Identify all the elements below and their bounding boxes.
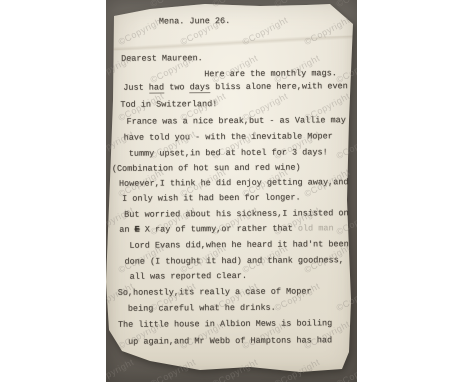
photo-background: Mena. June 26.Dearest Maureen.Here are t… xyxy=(106,0,357,382)
letter-line: being careful what he drinks. xyxy=(128,303,276,315)
letter-text-segment: two xyxy=(164,82,190,92)
letter-line: Lord Evans did,when he heard it had'nt b… xyxy=(129,239,348,252)
letter-text-segment: (Combination of hot sun and red wine) xyxy=(112,163,301,174)
letter-line: So,honestly,its really a case of Moper xyxy=(118,286,312,298)
letter-text-segment: So,honestly,its really a case of Moper xyxy=(118,286,312,297)
letter-text-segment: I only wish it had been for longer. xyxy=(122,193,301,204)
letter-body: Mena. June 26.Dearest Maureen.Here are t… xyxy=(106,0,357,382)
letter-line: Tod in Switzerland! xyxy=(120,99,217,111)
letter-text-segment: Dearest Maureen. xyxy=(121,53,203,64)
letter-line: Just had two days bliss alone here,with … xyxy=(123,81,348,94)
letter-text-segment: done (I thought it had) and thank goodne… xyxy=(124,255,343,267)
letter-text-segment: old man xyxy=(298,223,334,233)
letter-line: up again,and Mr Webb of Hamptons has had xyxy=(128,335,332,347)
letter-text-segment: being careful what he drinks. xyxy=(128,303,276,314)
auction-photo-scan: Mena. June 26.Dearest Maureen.Here are t… xyxy=(0,0,468,382)
dateline: Mena. June 26. xyxy=(159,16,230,27)
letter-text-segment: all was reported clear. xyxy=(130,271,247,282)
letter-text-segment: Mena. June 26. xyxy=(159,16,230,26)
letter-text-segment: days xyxy=(190,82,210,93)
letter-text-segment: France was a nice break,but - as Vallie … xyxy=(126,115,345,127)
letter-text-segment: Just xyxy=(123,83,149,93)
letter-text-segment: The little house in Albion Mews is boili… xyxy=(118,318,332,329)
letter-text-segment: But worried about his sickness,I insiste… xyxy=(124,208,349,220)
letter-text-segment: had xyxy=(149,82,164,93)
letter-line: Here are the monthly mags. xyxy=(204,68,337,80)
letter-text-segment: tummy upset,in bed at hotel for 3 days! xyxy=(129,147,328,158)
letter-text-segment: X ray of tummy,or rather that xyxy=(140,224,298,235)
letter-text-segment: have told you - with the inevitable Mope… xyxy=(124,131,333,142)
letter-line: But worried about his sickness,I insiste… xyxy=(124,208,349,221)
letter-line: an E X ray of tummy,or rather that old m… xyxy=(119,223,333,235)
letter-text-segment: bliss alone here,with even xyxy=(210,81,348,92)
letter-line: France was a nice break,but - as Vallie … xyxy=(126,115,345,128)
letter-line: have told you - with the inevitable Mope… xyxy=(124,131,333,143)
letter-line: (Combination of hot sun and red wine) xyxy=(112,163,301,175)
letter-line: I only wish it had been for longer. xyxy=(122,193,301,205)
letter-line: However,I think he did enjoy getting awa… xyxy=(119,177,349,190)
letter-text-segment: Tod in Switzerland! xyxy=(120,99,217,110)
letter-text-segment: Lord Evans did,when he heard it had'nt b… xyxy=(129,239,348,251)
letter-text-segment: up again,and Mr Webb of Hamptons has had xyxy=(128,335,332,346)
letter-line: The little house in Albion Mews is boili… xyxy=(118,318,332,330)
salutation: Dearest Maureen. xyxy=(121,53,203,65)
letter-text-segment: an xyxy=(119,225,134,235)
letter-line: done (I thought it had) and thank goodne… xyxy=(124,255,343,268)
letter-text-segment: Here are the monthly mags. xyxy=(204,68,337,79)
letter-text-segment: However,I think he did enjoy getting awa… xyxy=(119,177,349,189)
letter-line: tummy upset,in bed at hotel for 3 days! xyxy=(129,147,328,159)
letter-line: all was reported clear. xyxy=(130,271,247,283)
